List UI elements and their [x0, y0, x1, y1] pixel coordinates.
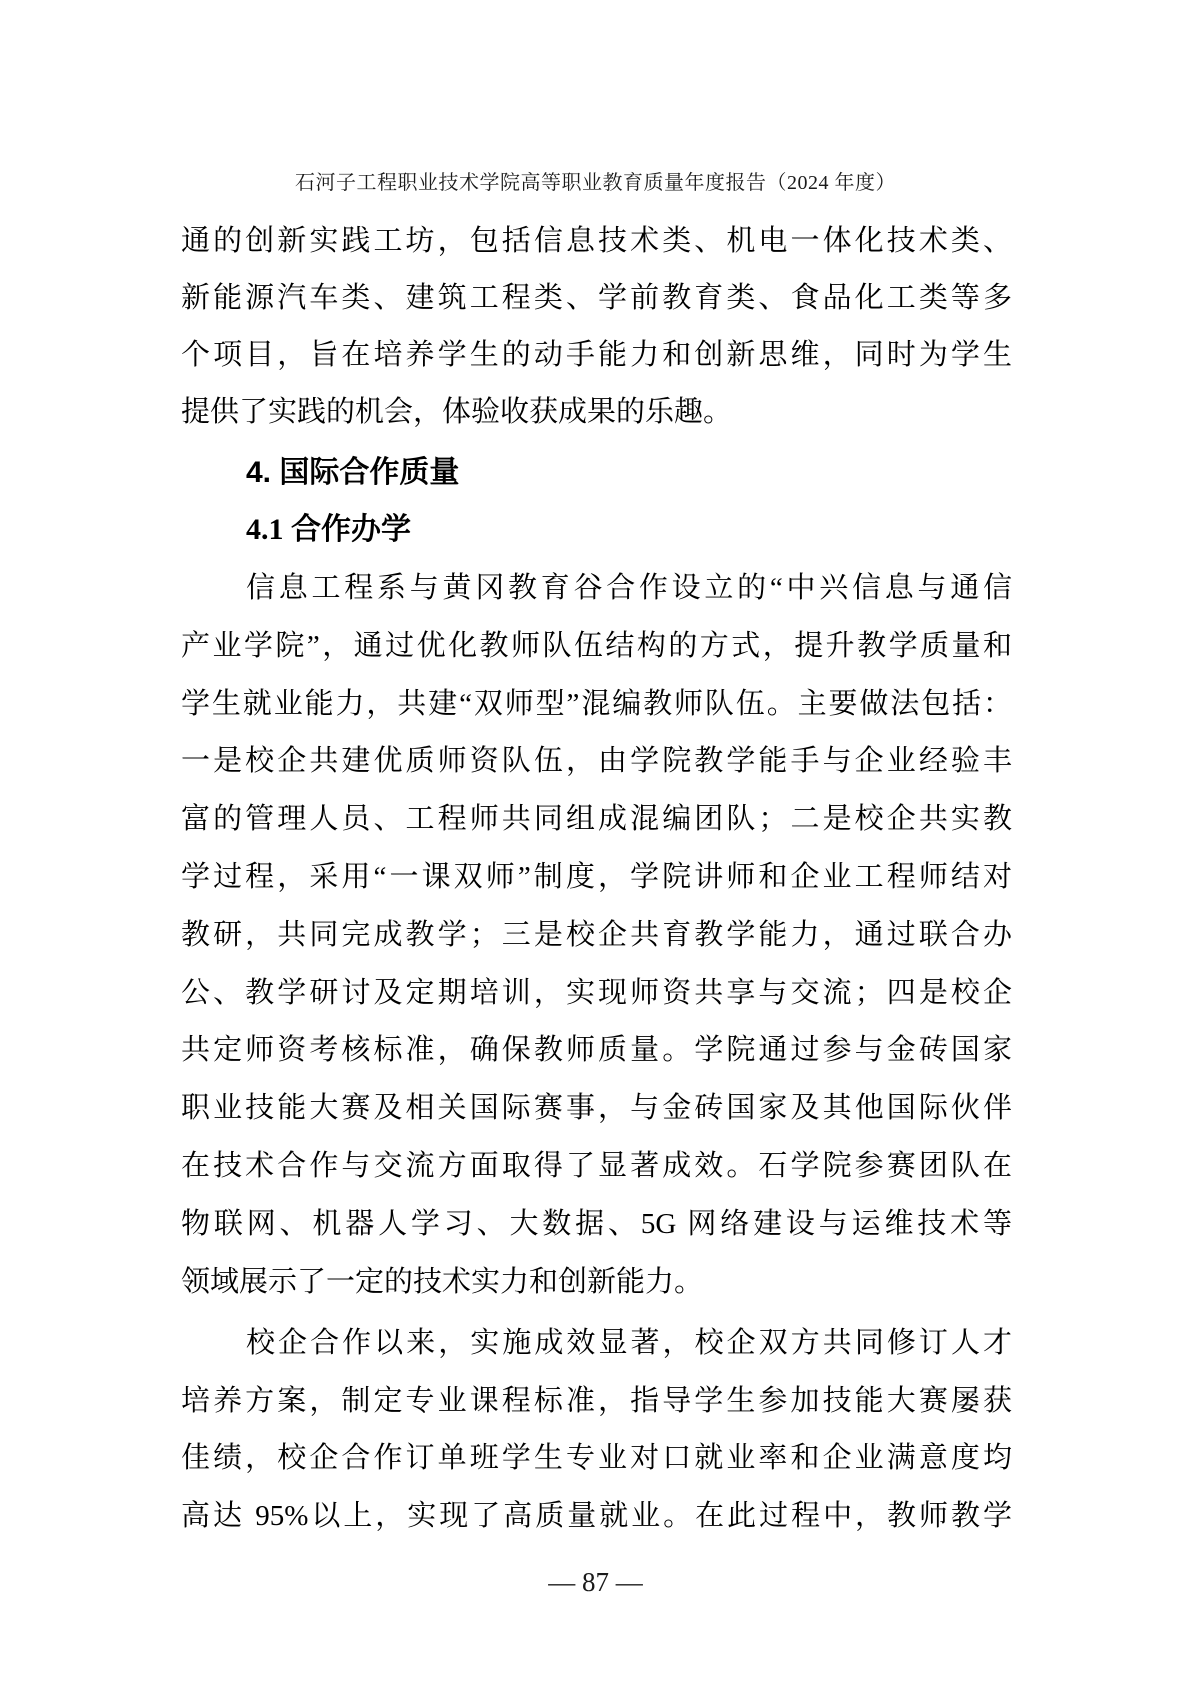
paragraph-continuation: 通的创新实践工坊，包括信息技术类、机电一体化技术类、 新能源汽车类、建筑工程类、…	[181, 213, 1012, 441]
body-line: 公、教学研讨及定期培训，实现师资共享与交流；四是校企	[181, 965, 1012, 1023]
subsection-heading: 4.1 合作办学	[181, 501, 1012, 558]
body-line: 一是校企共建优质师资队伍，由学院教学能手与企业经验丰	[181, 733, 1012, 791]
body-line: 学生就业能力，共建“双师型”混编教师队伍。主要做法包括：	[181, 676, 1012, 734]
document-page: 石河子工程职业技术学院高等职业教育质量年度报告（2024 年度） 通的创新实践工…	[0, 0, 1191, 1684]
paragraph-cooperation: 信息工程系与黄冈教育谷合作设立的“中兴信息与通信 产业学院”，通过优化教师队伍结…	[181, 560, 1012, 1311]
page-footer: — 87 —	[0, 1562, 1191, 1602]
body-line: 佳绩，校企合作订单班学生专业对口就业率和企业满意度均	[181, 1430, 1012, 1487]
report-title: 石河子工程职业技术学院高等职业教育质量年度报告（2024 年度）	[295, 172, 896, 194]
body-line: 信息工程系与黄冈教育谷合作设立的“中兴信息与通信	[181, 560, 1012, 618]
body-line: 新能源汽车类、建筑工程类、学前教育类、食品化工类等多	[181, 270, 1012, 327]
body-line: 物联网、机器人学习、大数据、5G 网络建设与运维技术等	[181, 1196, 1012, 1254]
body-line: 培养方案，制定专业课程标准，指导学生参加技能大赛屡获	[181, 1373, 1012, 1430]
body-line: 通的创新实践工坊，包括信息技术类、机电一体化技术类、	[181, 213, 1012, 270]
body-line: 高达 95%以上，实现了高质量就业。在此过程中，教师教学	[181, 1488, 1012, 1545]
body-line: 个项目，旨在培养学生的动手能力和创新思维，同时为学生	[181, 327, 1012, 384]
body-line: 学过程，采用“一课双师”制度，学院讲师和企业工程师结对	[181, 849, 1012, 907]
paragraph-results: 校企合作以来，实施成效显著，校企双方共同修订人才 培养方案，制定专业课程标准，指…	[181, 1315, 1012, 1545]
section-heading: 4. 国际合作质量	[181, 444, 1012, 501]
body-line: 产业学院”，通过优化教师队伍结构的方式，提升教学质量和	[181, 618, 1012, 676]
page-number: — 87 —	[548, 1567, 643, 1597]
body-line: 校企合作以来，实施成效显著，校企双方共同修订人才	[181, 1315, 1012, 1372]
body-line: 教研，共同完成教学；三是校企共育教学能力，通过联合办	[181, 907, 1012, 965]
body-line: 富的管理人员、工程师共同组成混编团队；二是校企共实教	[181, 791, 1012, 849]
running-header: 石河子工程职业技术学院高等职业教育质量年度报告（2024 年度）	[0, 168, 1191, 198]
body-line: 共定师资考核标准，确保教师质量。学院通过参与金砖国家	[181, 1022, 1012, 1080]
body-line: 领域展示了一定的技术实力和创新能力。	[181, 1254, 1012, 1312]
body-line: 在技术合作与交流方面取得了显著成效。石学院参赛团队在	[181, 1138, 1012, 1196]
body-line: 职业技能大赛及相关国际赛事，与金砖国家及其他国际伙伴	[181, 1080, 1012, 1138]
body-line: 提供了实践的机会，体验收获成果的乐趣。	[181, 384, 1012, 441]
page-body: 通的创新实践工坊，包括信息技术类、机电一体化技术类、 新能源汽车类、建筑工程类、…	[181, 213, 1012, 1545]
